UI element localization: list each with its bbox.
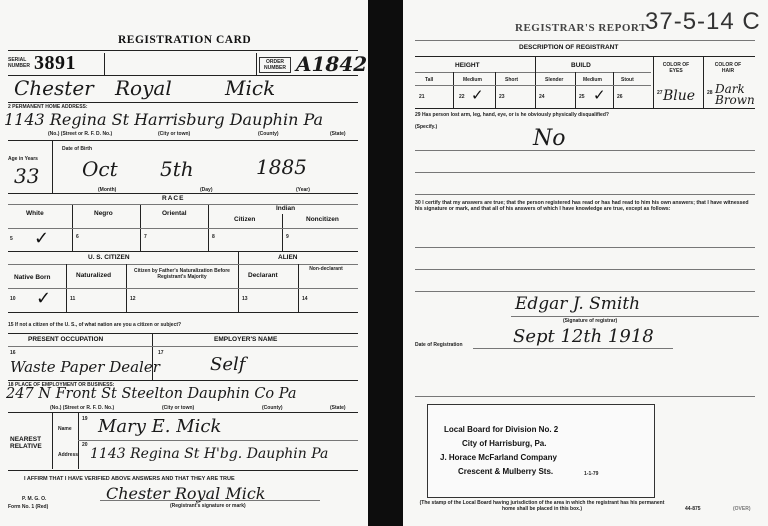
height-col-medium: Medium (463, 77, 482, 83)
dob-year: 1885 (256, 155, 307, 179)
q29-label: 29 Has person lost arm, leg, hand, eye, … (415, 112, 751, 118)
dob-label: Date of Birth (62, 146, 92, 152)
build-col-stout: Stout (621, 77, 634, 83)
registration-card-back: REGISTRAR'S REPORT 37-5-14 C DESCRIPTION… (403, 0, 768, 526)
citizen-num-11: 11 (70, 296, 75, 302)
address-sublabel-state: (State) (330, 131, 346, 137)
citizen-num-10: 10 (10, 296, 16, 302)
citizen-col-native-born: Native Born (14, 274, 50, 281)
employer-num: 17 (158, 350, 164, 356)
address-sublabel-street: (No.) (Street or R. F. D. No.) (48, 131, 112, 137)
first-name: Chester (14, 76, 94, 100)
num-21: 21 (419, 94, 425, 100)
race-indian-header: Indian (276, 205, 295, 212)
place-sublabel-state: (State) (330, 405, 346, 411)
alien-col-nondeclarant: Non-declarant (304, 266, 348, 272)
place-sublabel-city: (City or town) (162, 405, 194, 411)
affirmation-text: I AFFIRM THAT I HAVE VERIFIED ABOVE ANSW… (24, 476, 235, 482)
employer-header: EMPLOYER'S NAME (214, 336, 277, 343)
num-26: 26 (617, 94, 623, 100)
stamp-instructions: (The stamp of the Local Board having jur… (417, 500, 667, 512)
race-num-8: 8 (212, 234, 215, 240)
num-22: 22 (459, 94, 465, 100)
address-value: 1143 Regina St Harrisburg Dauphin Pa (4, 110, 323, 129)
registrar-signature-label: (Signature of registrar) (563, 318, 617, 324)
hair-header: COLOR OF HAIR (709, 62, 747, 74)
race-white-checkmark: ✓ (34, 228, 49, 249)
relative-name-num: 19 (82, 416, 88, 422)
height-col-tall: Tall (425, 77, 433, 83)
native-born-checkmark: ✓ (36, 288, 51, 309)
race-col-negro: Negro (94, 210, 113, 217)
nearest-relative-label: NEAREST RELATIVE (10, 436, 50, 450)
form-id: P. M. G. O. (22, 496, 46, 502)
q29-answer: No (533, 126, 566, 151)
num-23: 23 (499, 94, 505, 100)
age-label: Age in Years (8, 156, 48, 162)
race-num-7: 7 (144, 234, 147, 240)
occupation-header: PRESENT OCCUPATION (28, 336, 103, 343)
race-num-6: 6 (76, 234, 79, 240)
middle-name: Royal (115, 76, 172, 100)
stamp-line-4: Crescent & Mulberry Sts. (458, 467, 553, 476)
registration-card-front: REGISTRATION CARD SERIAL NUMBER 3891 ORD… (0, 0, 372, 526)
q30-certification: 30 I certify that my answers are true; t… (415, 200, 755, 212)
serial-label: SERIAL NUMBER (8, 57, 32, 69)
race-col-white: White (26, 210, 44, 217)
alien-col-declarant: Declarant (248, 272, 278, 279)
dob-day: 5th (160, 157, 194, 181)
height-medium-checkmark: ✓ (471, 86, 484, 104)
serial-number: 3891 (34, 52, 76, 75)
alien-header: ALIEN (278, 254, 298, 261)
stamp-line-1: Local Board for Division No. 2 (444, 425, 558, 434)
relative-name-label: Name (58, 426, 72, 432)
relative-address-num: 20 (82, 442, 88, 448)
hair-color-value: Dark Brown (715, 84, 755, 106)
q15-label: 15 If not a citizen of the U. S., of wha… (8, 322, 181, 328)
order-label: ORDER NUMBER (259, 57, 291, 73)
num-25: 25 (579, 94, 585, 100)
address-sublabel-county: (County) (258, 131, 279, 137)
occupation-value: Waste Paper Dealer (10, 358, 160, 376)
date-of-registration-label: Date of Registration (415, 342, 463, 348)
occupation-num: 16 (10, 350, 16, 356)
num-24: 24 (539, 94, 545, 100)
race-col-oriental: Oriental (162, 210, 187, 217)
stamp-code: 37-5-14 C (645, 8, 761, 36)
height-col-short: Short (505, 77, 518, 83)
race-num-5: 5 (10, 236, 13, 242)
footer-code: 44-875 (685, 506, 701, 512)
race-col-indian-citizen: Citizen (234, 216, 255, 223)
order-number: A1842 (296, 52, 367, 76)
relative-address-value: 1143 Regina St H'bg. Dauphin Pa (90, 446, 328, 462)
local-board-stamp-box: Local Board for Division No. 2 City of H… (427, 404, 655, 498)
place-value: 247 N Front St Steelton Dauphin Co Pa (6, 386, 297, 402)
relative-name-value: Mary E. Mick (98, 416, 221, 437)
signature-label: (Registrant's signature or mark) (170, 503, 246, 509)
eye-color-value: Blue (663, 88, 695, 104)
dob-month: Oct (82, 157, 118, 181)
num-27: 27 (657, 90, 663, 96)
stamp-line-3: J. Horace McFarland Company (440, 453, 557, 462)
over-label: (OVER) (733, 506, 751, 512)
build-col-slender: Slender (545, 77, 563, 83)
place-sublabel-street: (No.) (Street or R. F. D. No.) (50, 405, 114, 411)
date-of-registration-value: Sept 12th 1918 (513, 326, 654, 347)
employer-value: Self (210, 354, 245, 375)
eyes-header: COLOR OF EYES (659, 62, 693, 74)
citizen-col-by-father: Citizen by Father's Naturalization Befor… (134, 268, 230, 280)
num-28: 28 (707, 90, 713, 96)
age-value: 33 (14, 164, 39, 188)
q29-specify: (Specify.) (415, 124, 437, 130)
citizen-col-naturalized: Naturalized (76, 272, 111, 279)
build-header: BUILD (571, 62, 591, 69)
registrar-report-title: REGISTRAR'S REPORT (515, 22, 647, 34)
place-sublabel-county: (County) (262, 405, 283, 411)
card-title: REGISTRATION CARD (118, 34, 251, 46)
scan-divider (368, 0, 404, 526)
stamp-line-2: City of Harrisburg, Pa. (462, 439, 546, 448)
race-num-9: 9 (286, 234, 289, 240)
description-header: DESCRIPTION OF REGISTRANT (519, 44, 618, 51)
build-medium-checkmark: ✓ (593, 86, 606, 104)
last-name: Mick (225, 76, 275, 100)
race-col-indian-noncitizen: Noncitizen (306, 216, 339, 223)
form-number: Form No. 1 (Red) (8, 504, 48, 510)
height-header: HEIGHT (455, 62, 480, 69)
registrar-signature: Edgar J. Smith (515, 294, 640, 314)
citizen-num-14: 14 (302, 296, 308, 302)
build-col-medium: Medium (583, 77, 602, 83)
citizen-num-12: 12 (130, 296, 136, 302)
address-sublabel-city: (City or town) (158, 131, 190, 137)
us-citizen-header: U. S. CITIZEN (88, 254, 130, 261)
citizen-num-13: 13 (242, 296, 248, 302)
race-header: RACE (162, 195, 184, 202)
relative-address-label: Address (58, 452, 78, 458)
stamp-code-small: 1-1-79 (584, 471, 598, 477)
